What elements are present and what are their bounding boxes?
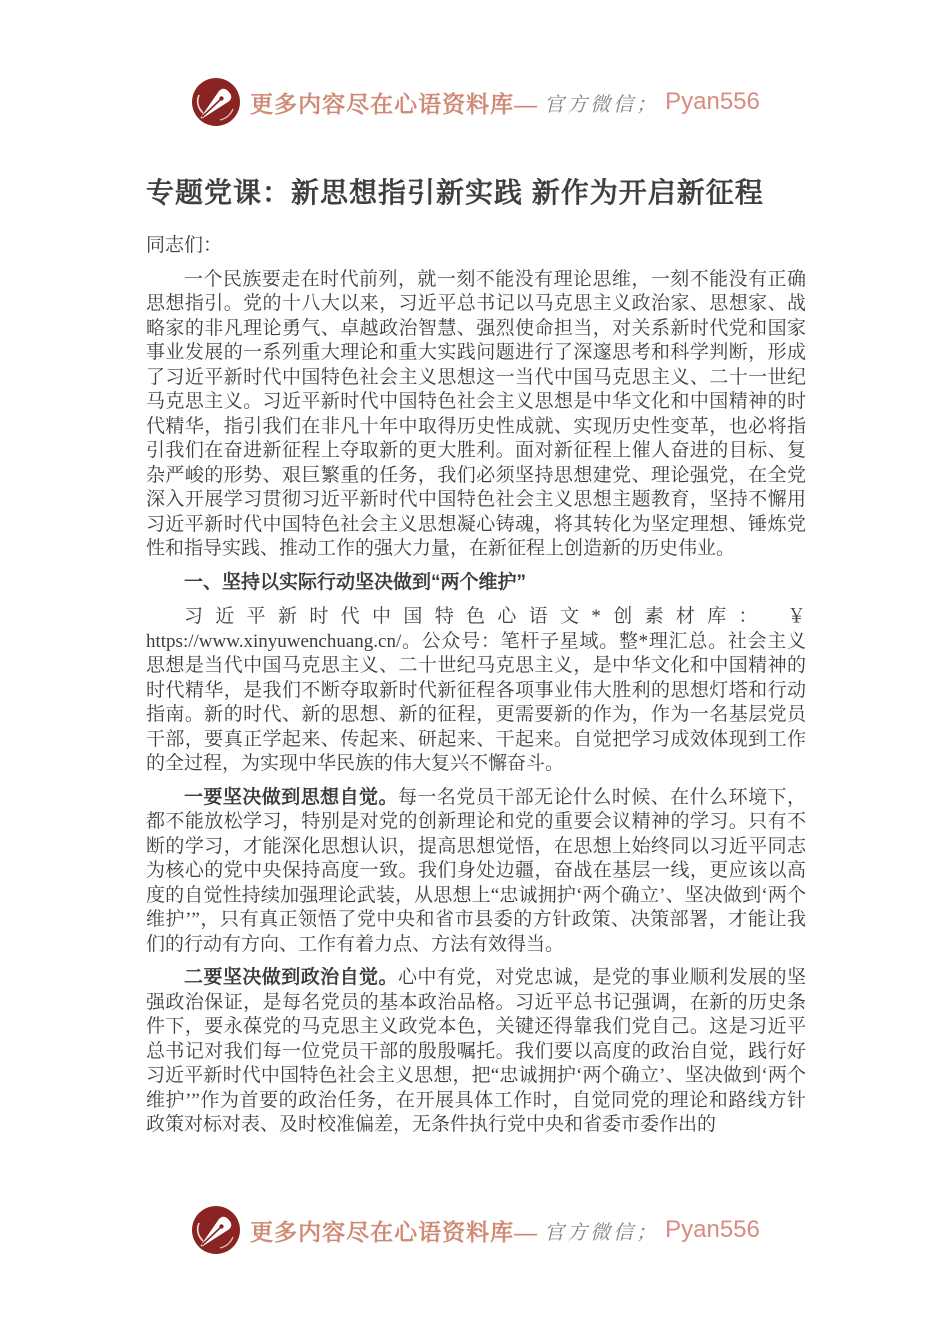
paragraph-text: 每一名党员干部无论什么时候、在什么环境下，都不能放松学习，特别是对党的创新理论和… (146, 787, 806, 955)
banner-brand-text: 更多内容尽在心语资料库— (250, 1214, 538, 1247)
paragraph: 一要坚决做到思想自觉。每一名党员干部无论什么时候、在什么环境下，都不能放松学习，… (146, 786, 806, 958)
paragraph-bold-lead: 二要坚决做到政治自觉。 (184, 967, 398, 988)
salutation: 同志们： (146, 234, 806, 259)
pen-nib-logo-icon (190, 1204, 242, 1256)
banner-wechat-id: Pyan556 (665, 88, 760, 116)
pen-nib-logo-icon (190, 76, 242, 128)
page-title: 专题党课：新思想指引新实践 新作为开启新征程 (146, 176, 806, 210)
paragraph-text: 心中有党，对党忠诚，是党的事业顺利发展的坚强政治保证，是每名党员的基本政治品格。… (146, 967, 806, 1135)
paragraph: 二要坚决做到政治自觉。心中有党，对党忠诚，是党的事业顺利发展的坚强政治保证，是每… (146, 966, 806, 1138)
section-heading: 一、坚持以实际行动坚决做到“两个维护” (146, 571, 806, 596)
document-content: 专题党课：新思想指引新实践 新作为开启新征程 同志们： 一个民族要走在时代前列，… (146, 176, 806, 1147)
paragraph: 习近平新时代中国特色心语文*创素材库： ￥ https://www.xinyuw… (146, 605, 806, 777)
document-page: 更多内容尽在心语资料库— 官方微信； Pyan556 专题党课：新思想指引新实践… (0, 0, 950, 1344)
paragraph: 一个民族要走在时代前列，就一刻不能没有理论思维，一刻不能没有正确思想指引。党的十… (146, 268, 806, 562)
banner-brand-text: 更多内容尽在心语资料库— (250, 86, 538, 119)
banner-wechat-id: Pyan556 (665, 1216, 760, 1244)
paragraph-bold-lead: 一要坚决做到思想自觉。 (184, 787, 398, 808)
banner-wechat-label: 官方微信； (544, 88, 659, 117)
header-banner: 更多内容尽在心语资料库— 官方微信； Pyan556 (0, 76, 950, 128)
banner-wechat-label: 官方微信； (544, 1216, 659, 1245)
footer-banner: 更多内容尽在心语资料库— 官方微信； Pyan556 (0, 1204, 950, 1256)
